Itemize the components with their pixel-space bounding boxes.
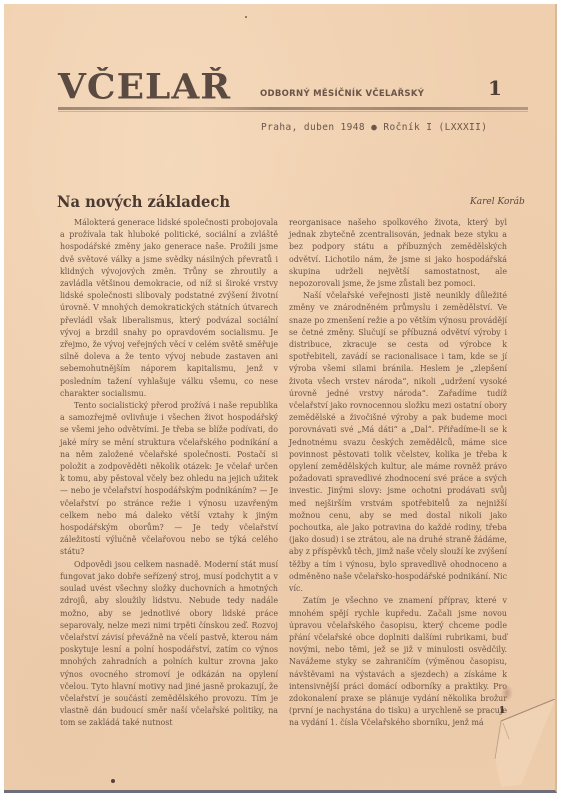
dateline: Praha, duben 1948 ● Ročník I (LXXXII) — [261, 122, 487, 133]
paragraph: Odpovědi jsou celkem nasnadě. Moderní st… — [60, 559, 278, 730]
paragraph: Málokterá generace lidské společnosti pr… — [60, 217, 278, 400]
paragraph: Tento socialistický přerod prožívá i naš… — [60, 400, 278, 559]
paragraph: Naší včelařské veřejnosti jistě neunikly… — [289, 290, 507, 595]
article-author: Karel Koráb — [470, 197, 525, 207]
folded-corner — [493, 699, 563, 791]
paper-speck — [245, 16, 247, 18]
masthead-rule-thin — [58, 111, 528, 112]
article-column-right: reorganisace našeho spolkového života, k… — [289, 217, 507, 730]
article-headline: Na nových základech — [57, 192, 230, 211]
paragraph: reorganisace našeho spolkového života, k… — [289, 217, 507, 290]
paragraph: Zatím je všechno ve znamení příprav, kte… — [289, 595, 507, 729]
magazine-subtitle: ODBORNÝ MĚSÍČNÍK VČELAŘSKÝ — [260, 89, 424, 99]
article-column-left: Málokterá generace lidské společnosti pr… — [60, 217, 278, 730]
magazine-title: VČELAŘ — [58, 67, 231, 107]
paper-speck — [111, 779, 115, 783]
magazine-page: VČELAŘ ODBORNÝ MĚSÍČNÍK VČELAŘSKÝ 1 Prah… — [4, 4, 557, 793]
masthead-rule — [58, 107, 528, 110]
issue-number: 1 — [488, 76, 502, 100]
